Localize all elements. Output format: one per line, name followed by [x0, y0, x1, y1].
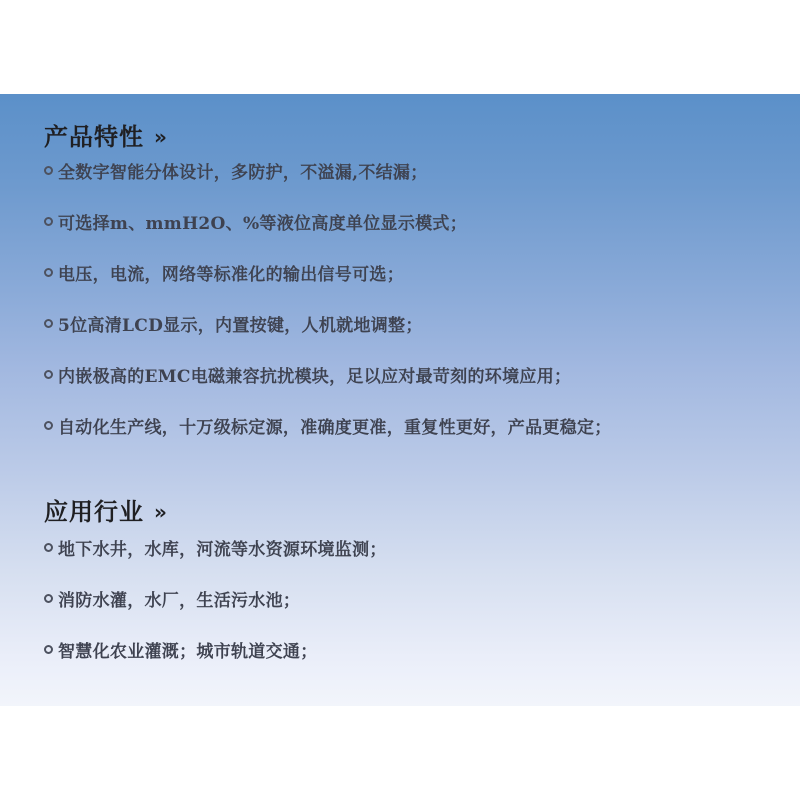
- page: 产品特性 » 全数字智能分体设计，多防护，不溢漏,不结漏； 可选择m、mmH2O…: [0, 0, 800, 800]
- list-item: 智慧化农业灌溉；城市轨道交通；: [44, 639, 387, 659]
- list-item-text: 消防水灌，水厂，生活污水池；: [58, 586, 300, 611]
- list-item: 可选择m、mmH2O、%等液位高度单位显示模式；: [44, 211, 612, 231]
- circle-bullet-icon: [44, 594, 53, 603]
- list-item-text: 内嵌极高的EMC电磁兼容抗扰模块，足以应对最苛刻的环境应用；: [58, 362, 571, 387]
- double-chevron-icon: »: [154, 495, 168, 529]
- list-item-text: 可选择m、mmH2O、%等液位高度单位显示模式；: [58, 209, 467, 234]
- list-item: 消防水灌，水厂，生活污水池；: [44, 588, 387, 608]
- list-item-text: 全数字智能分体设计，多防护，不溢漏,不结漏；: [58, 158, 428, 183]
- circle-bullet-icon: [44, 268, 53, 277]
- list-item-text: 地下水井，水库，河流等水资源环境监测；: [58, 535, 387, 560]
- circle-bullet-icon: [44, 370, 53, 379]
- list-item: 5位高清LCD显示，内置按键，人机就地调整；: [44, 313, 612, 333]
- industries-section: 应用行业 » 地下水井，水库，河流等水资源环境监测； 消防水灌，水厂，生活污水池…: [44, 495, 387, 690]
- section-title-industries: 应用行业 »: [44, 495, 387, 529]
- list-item: 电压，电流，网络等标准化的输出信号可选；: [44, 262, 612, 282]
- features-section: 产品特性 » 全数字智能分体设计，多防护，不溢漏,不结漏； 可选择m、mmH2O…: [44, 120, 612, 466]
- circle-bullet-icon: [44, 319, 53, 328]
- circle-bullet-icon: [44, 217, 53, 226]
- industries-title: 应用行业: [44, 495, 144, 529]
- section-title-features: 产品特性 »: [44, 120, 612, 154]
- features-title: 产品特性: [44, 120, 144, 154]
- list-item-text: 电压，电流，网络等标准化的输出信号可选；: [58, 260, 404, 285]
- double-chevron-icon: »: [154, 120, 168, 154]
- circle-bullet-icon: [44, 166, 53, 175]
- circle-bullet-icon: [44, 645, 53, 654]
- circle-bullet-icon: [44, 543, 53, 552]
- list-item: 内嵌极高的EMC电磁兼容抗扰模块，足以应对最苛刻的环境应用；: [44, 364, 612, 384]
- list-item: 自动化生产线，十万级标定源，准确度更准，重复性更好，产品更稳定；: [44, 415, 612, 435]
- list-item-text: 智慧化农业灌溉；城市轨道交通；: [58, 637, 318, 662]
- list-item-text: 5位高清LCD显示，内置按键，人机就地调整；: [58, 311, 423, 336]
- list-item-text: 自动化生产线，十万级标定源，准确度更准，重复性更好，产品更稳定；: [58, 413, 612, 438]
- list-item: 地下水井，水库，河流等水资源环境监测；: [44, 537, 387, 557]
- list-item: 全数字智能分体设计，多防护，不溢漏,不结漏；: [44, 160, 612, 180]
- circle-bullet-icon: [44, 421, 53, 430]
